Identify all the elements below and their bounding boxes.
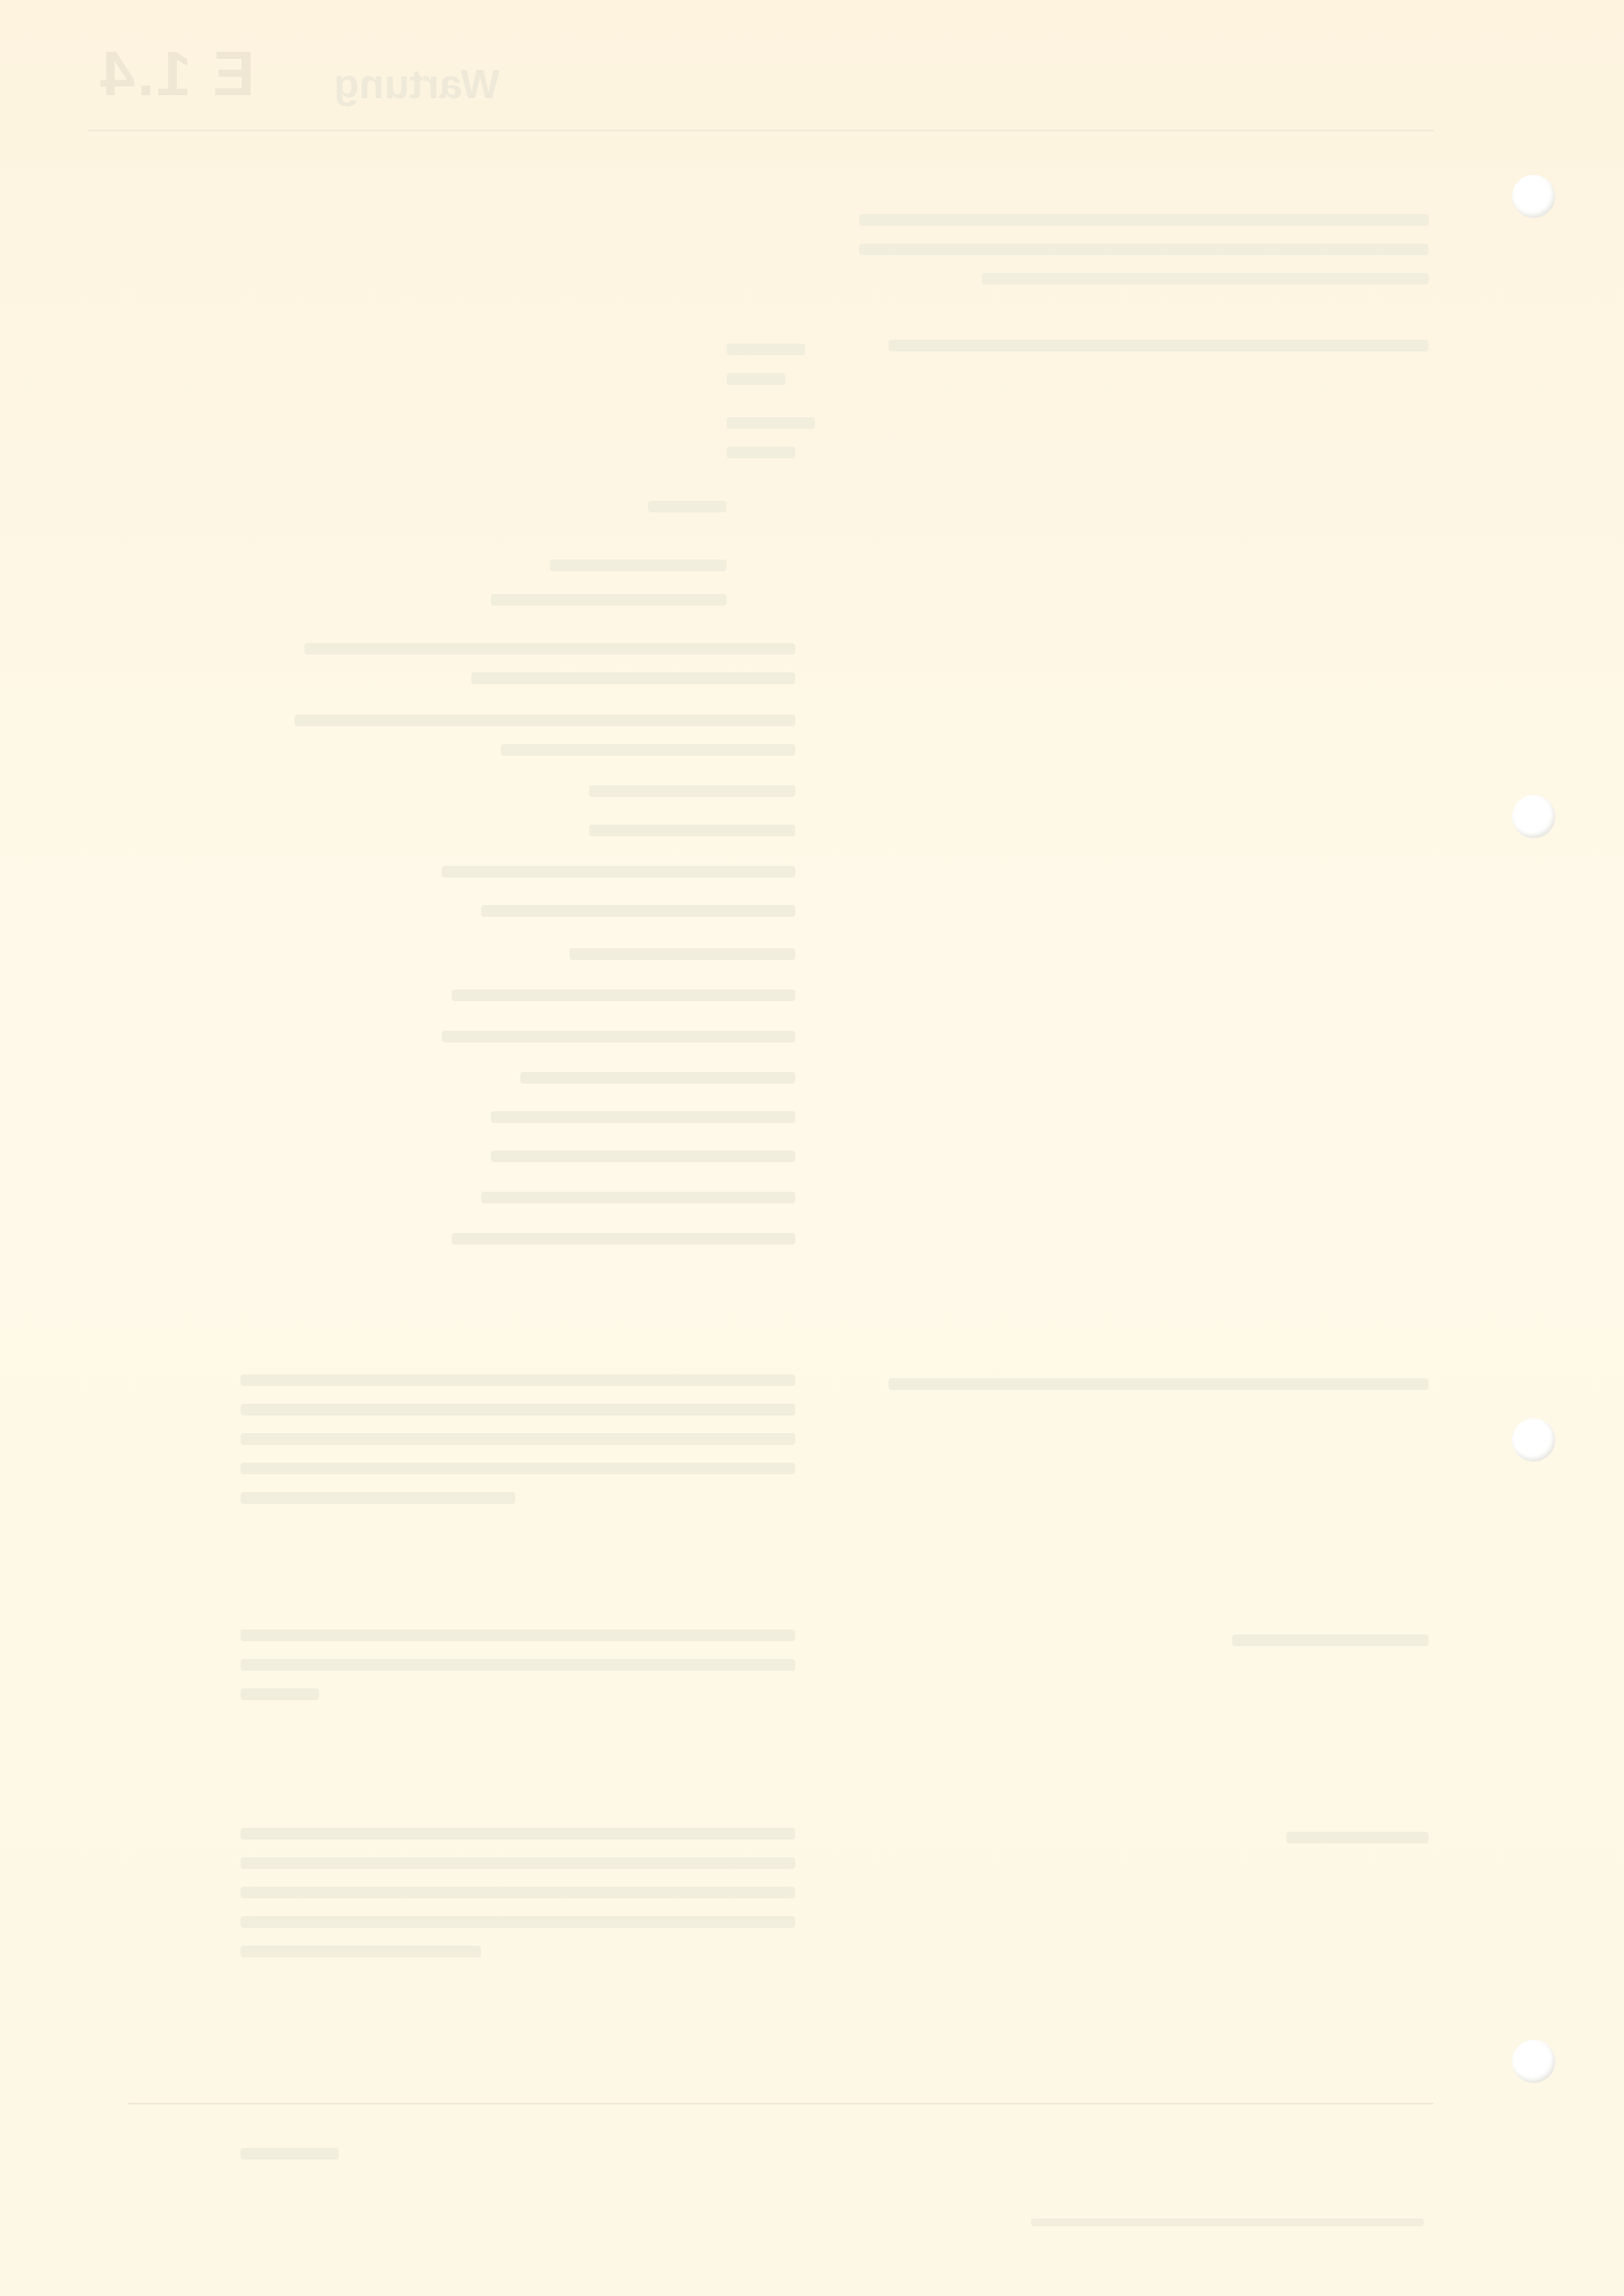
punch-hole: [1512, 1418, 1555, 1462]
footer-rule: [128, 2103, 1434, 2105]
section-heading: [889, 1378, 1429, 1390]
footer-label: [241, 2148, 339, 2160]
section-heading: [1286, 1832, 1429, 1843]
page-title: Wartung: [334, 61, 500, 108]
document-page: E 1.4 Wartung: [0, 0, 1624, 2296]
section-heading: [889, 340, 1429, 351]
header-rule: [88, 130, 1434, 132]
section-code: E 1.4: [98, 37, 254, 110]
punch-hole: [1512, 2040, 1555, 2083]
punch-hole: [1512, 175, 1555, 218]
section-heading: [1232, 1634, 1429, 1646]
footer-note: [1031, 2218, 1424, 2226]
punch-hole: [1512, 795, 1555, 838]
